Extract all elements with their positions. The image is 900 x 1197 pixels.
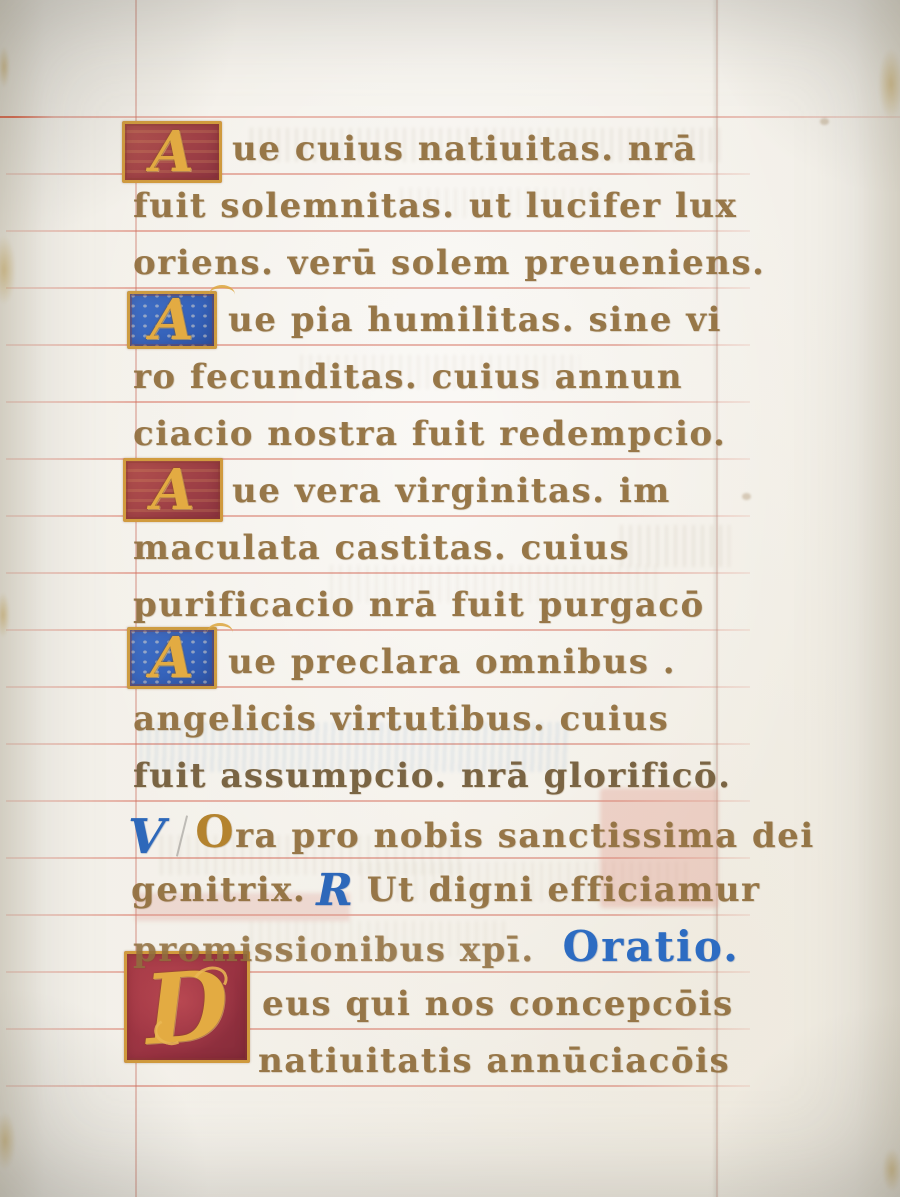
text-line-07: ue vera virginitas. im: [232, 463, 671, 523]
text-line-06: ciacio nostra fuit redempcio.: [133, 406, 726, 466]
illuminated-initial-A-2: A: [127, 291, 217, 349]
text-line-11: angelicis virtutibus. cuius: [133, 691, 669, 751]
text-line-03: oriens. verū solem preueniens.: [133, 235, 765, 295]
response-text-cont: promissionibus xpī.: [133, 930, 535, 970]
stain-spot: [0, 46, 10, 88]
initial-letter: A: [151, 457, 194, 523]
rubric-oratio: Oratio.: [563, 922, 740, 971]
stain-spot: [882, 1148, 900, 1192]
manuscript-page: A A A A D ue cuius natiuitas. nrā fuit s…: [0, 0, 900, 1197]
stain-spot: [0, 235, 16, 305]
text-line-02: fuit solemnitas. ut lucifer lux: [133, 178, 737, 238]
text-line-14: genitrix.RUt digni efficiamur: [131, 862, 760, 922]
text-line-15: promissionibus xpī.Oratio.: [133, 919, 740, 979]
text-line-13: VOra pro nobis sanctissima dei: [128, 805, 815, 865]
showthrough-ghost: [620, 525, 730, 567]
response-prefix: genitrix.: [131, 870, 306, 910]
illuminated-initial-A-3: A: [123, 458, 223, 522]
text-line-05: ro fecunditas. cuius annun: [133, 349, 683, 409]
stain-spot: [878, 48, 900, 120]
text-line-09: purificacio nrā fuit purgacō: [133, 577, 705, 637]
text-line-17: natiuitatis annūciacōis: [258, 1033, 730, 1093]
text-line-01: ue cuius natiuitas. nrā: [232, 121, 697, 181]
text-line-10: ue preclara omnibus .: [228, 634, 676, 694]
text-line-04: ue pia humilitas. sine vi: [228, 292, 722, 352]
versicle-text: Ora pro nobis sanctissima dei: [195, 808, 814, 861]
response-mark: R: [316, 865, 353, 916]
versicle-slash: [176, 815, 188, 856]
stain-spot: [0, 1112, 16, 1170]
text-line-16: eus qui nos concepcōis: [262, 976, 734, 1036]
response-text: Ut digni efficiamur: [367, 870, 761, 910]
illuminated-initial-A-1: A: [122, 121, 222, 183]
initial-letter: A: [150, 119, 193, 185]
text-line-12: fuit assumpcio. nrā glorificō.: [133, 748, 731, 808]
versicle-mark: V: [128, 809, 165, 865]
stain-spot: [0, 592, 10, 638]
initial-letter: A: [150, 287, 193, 353]
stain-dot: [820, 118, 829, 125]
text-line-08: maculata castitas. cuius: [133, 520, 630, 580]
stain-dot: [742, 493, 751, 500]
